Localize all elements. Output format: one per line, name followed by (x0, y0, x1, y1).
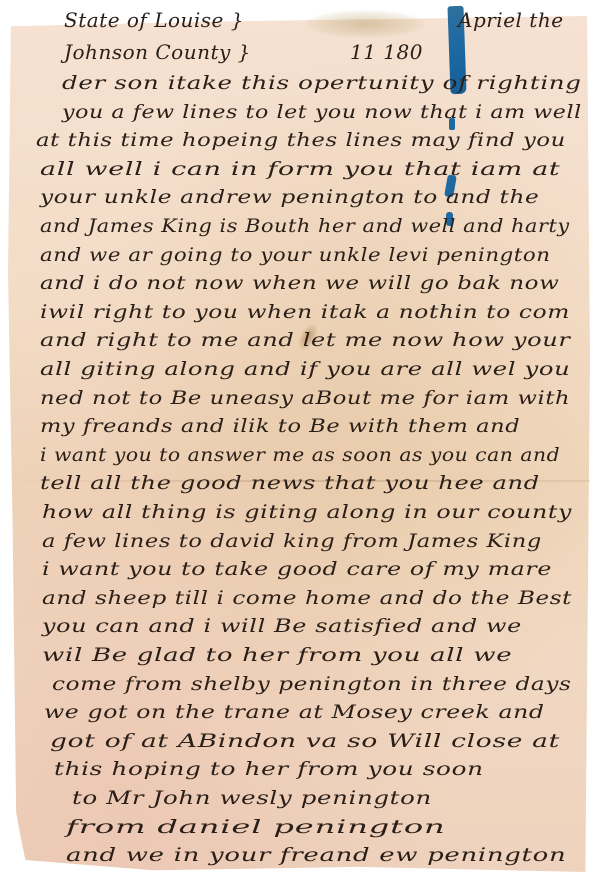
letter-line: all giting along and if you are all wel … (40, 358, 570, 380)
handwritten-letter: State of Louise } Apriel the Johnson Cou… (0, 0, 596, 880)
letter-line: how all thing is giting along in our cou… (42, 501, 572, 523)
letter-line: your unkle andrew penington to and the (40, 186, 539, 208)
letter-line: to Mr John wesly penington (72, 787, 432, 809)
letter-line: you a few lines to let you now that i am… (62, 101, 582, 123)
letter-line: wil Be glad to her from you all we (42, 644, 512, 666)
letter-line: got of at ABindon va so Will close at (50, 730, 560, 752)
letter-line: and we in your freand ew penington (66, 844, 566, 866)
letter-line: iwil right to you when itak a nothin to … (40, 301, 570, 323)
letter-line: from daniel penington (66, 816, 446, 838)
letter-line: this hoping to her from you soon (54, 758, 484, 780)
letter-line: and right to me and let me now how your (40, 329, 571, 351)
letter-line: and sheep till i come home and do the Be… (42, 587, 572, 609)
letter-line: i want you to take good care of my mare (42, 558, 552, 580)
letter-line: tell all the good news that you hee and (40, 472, 540, 494)
heading-date-year: 11 180 (350, 40, 423, 64)
letter-line: you can and i will Be satisfied and we (42, 615, 522, 637)
letter-line: ned not to Be uneasy aBout me for iam wi… (40, 387, 570, 409)
letter-line: and we ar going to your unkle levi penin… (40, 244, 551, 266)
heading-county: Johnson County } (64, 40, 251, 64)
letter-line: at this time hopeing thes lines may find… (36, 129, 566, 151)
letter-line: and James King is Bouth her and well and… (40, 215, 570, 237)
letter-line: come from shelby penington in three days (52, 673, 571, 695)
heading-state: State of Louise } (64, 8, 244, 32)
letter-line: my freands and ilik to Be with them and (40, 415, 520, 437)
letter-line: i want you to answer me as soon as you c… (40, 444, 560, 466)
letter-line: der son itake this opertunity of rightin… (62, 72, 582, 94)
letter-line: a few lines to david king from James Kin… (42, 530, 542, 552)
heading-date-month: Apriel the (458, 8, 564, 32)
letter-line: and i do not now when we will go bak now (40, 272, 559, 294)
letter-line: all well i can in form you that iam at (40, 158, 560, 180)
letter-line: we got on the trane at Mosey creek and (44, 701, 545, 723)
